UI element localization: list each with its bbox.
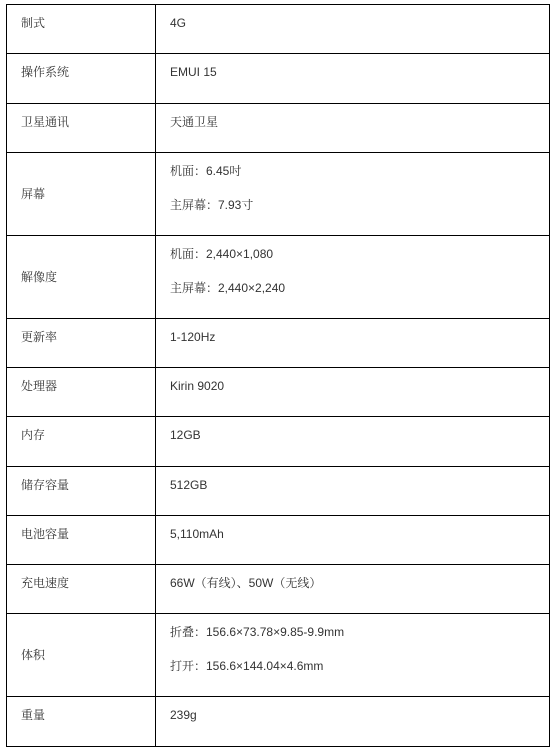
spec-table: 制式4G操作系统EMUI 15卫星通讯天通卫星屏幕机面：6.45吋主屏幕：7.9… bbox=[6, 4, 550, 747]
spec-label-cell: 储存容量 bbox=[7, 467, 156, 516]
table-row: 屏幕机面：6.45吋主屏幕：7.93寸 bbox=[7, 153, 550, 236]
spec-value: 机面：2,440×1,080 bbox=[170, 247, 549, 261]
spec-label-cell: 处理器 bbox=[7, 368, 156, 417]
spec-label: 内存 bbox=[7, 417, 155, 442]
spec-label-cell: 重量 bbox=[7, 697, 156, 747]
spec-value: 5,110mAh bbox=[170, 527, 549, 541]
spec-value-cell: 66W（有线）、50W（无线） bbox=[156, 565, 550, 614]
spec-value-cell: 512GB bbox=[156, 467, 550, 516]
spec-label: 处理器 bbox=[7, 368, 155, 393]
spec-label-cell: 内存 bbox=[7, 417, 156, 467]
table-row: 解像度机面：2,440×1,080主屏幕：2,440×2,240 bbox=[7, 236, 550, 319]
table-row: 体积折叠：156.6×73.78×9.85-9.9mm打开：156.6×144.… bbox=[7, 614, 550, 697]
spec-value: 折叠：156.6×73.78×9.85-9.9mm bbox=[170, 625, 549, 639]
spec-label: 体积 bbox=[7, 648, 155, 662]
spec-value: EMUI 15 bbox=[170, 65, 549, 79]
spec-label: 制式 bbox=[7, 5, 155, 30]
table-row: 储存容量512GB bbox=[7, 467, 550, 516]
spec-value: 机面：6.45吋 bbox=[170, 164, 549, 178]
spec-label: 更新率 bbox=[7, 319, 155, 344]
spec-value-cell: EMUI 15 bbox=[156, 54, 550, 104]
spec-label: 卫星通讯 bbox=[7, 104, 155, 129]
spec-label: 解像度 bbox=[7, 270, 155, 284]
spec-value: 天通卫星 bbox=[170, 115, 549, 129]
spec-value-cell: 4G bbox=[156, 5, 550, 54]
spec-label-cell: 电池容量 bbox=[7, 516, 156, 565]
spec-label: 操作系统 bbox=[7, 54, 155, 79]
spec-value: 主屏幕：7.93寸 bbox=[170, 198, 549, 212]
spec-value: 1-120Hz bbox=[170, 330, 549, 344]
spec-value-cell: Kirin 9020 bbox=[156, 368, 550, 417]
spec-value-cell: 机面：2,440×1,080主屏幕：2,440×2,240 bbox=[156, 236, 550, 319]
table-row: 制式4G bbox=[7, 5, 550, 54]
spec-value-cell: 12GB bbox=[156, 417, 550, 467]
spec-value-cell: 天通卫星 bbox=[156, 104, 550, 153]
table-row: 更新率1-120Hz bbox=[7, 319, 550, 368]
spec-label-cell: 卫星通讯 bbox=[7, 104, 156, 153]
spec-value: 239g bbox=[170, 708, 549, 722]
spec-label-cell: 屏幕 bbox=[7, 153, 156, 236]
spec-label: 屏幕 bbox=[7, 187, 155, 201]
spec-value: 12GB bbox=[170, 428, 549, 442]
spec-label: 储存容量 bbox=[7, 467, 155, 492]
spec-label: 电池容量 bbox=[7, 516, 155, 541]
table-row: 充电速度66W（有线）、50W（无线） bbox=[7, 565, 550, 614]
spec-label-cell: 充电速度 bbox=[7, 565, 156, 614]
spec-label-cell: 操作系统 bbox=[7, 54, 156, 104]
table-row: 卫星通讯天通卫星 bbox=[7, 104, 550, 153]
spec-label: 充电速度 bbox=[7, 565, 155, 590]
spec-value-cell: 239g bbox=[156, 697, 550, 747]
spec-value-cell: 5,110mAh bbox=[156, 516, 550, 565]
table-row: 处理器Kirin 9020 bbox=[7, 368, 550, 417]
spec-value: Kirin 9020 bbox=[170, 379, 549, 393]
spec-value: 打开：156.6×144.04×4.6mm bbox=[170, 659, 549, 673]
spec-value: 512GB bbox=[170, 478, 549, 492]
spec-value-cell: 1-120Hz bbox=[156, 319, 550, 368]
spec-value-cell: 折叠：156.6×73.78×9.85-9.9mm打开：156.6×144.04… bbox=[156, 614, 550, 697]
table-row: 操作系统EMUI 15 bbox=[7, 54, 550, 104]
spec-value-cell: 机面：6.45吋主屏幕：7.93寸 bbox=[156, 153, 550, 236]
spec-value: 主屏幕：2,440×2,240 bbox=[170, 281, 549, 295]
table-row: 内存12GB bbox=[7, 417, 550, 467]
spec-label-cell: 制式 bbox=[7, 5, 156, 54]
spec-value: 66W（有线）、50W（无线） bbox=[170, 576, 549, 590]
spec-value: 4G bbox=[170, 16, 549, 30]
spec-table-body: 制式4G操作系统EMUI 15卫星通讯天通卫星屏幕机面：6.45吋主屏幕：7.9… bbox=[7, 5, 550, 747]
spec-label-cell: 解像度 bbox=[7, 236, 156, 319]
spec-label: 重量 bbox=[7, 697, 155, 722]
table-row: 重量239g bbox=[7, 697, 550, 747]
spec-label-cell: 体积 bbox=[7, 614, 156, 697]
spec-label-cell: 更新率 bbox=[7, 319, 156, 368]
table-row: 电池容量5,110mAh bbox=[7, 516, 550, 565]
